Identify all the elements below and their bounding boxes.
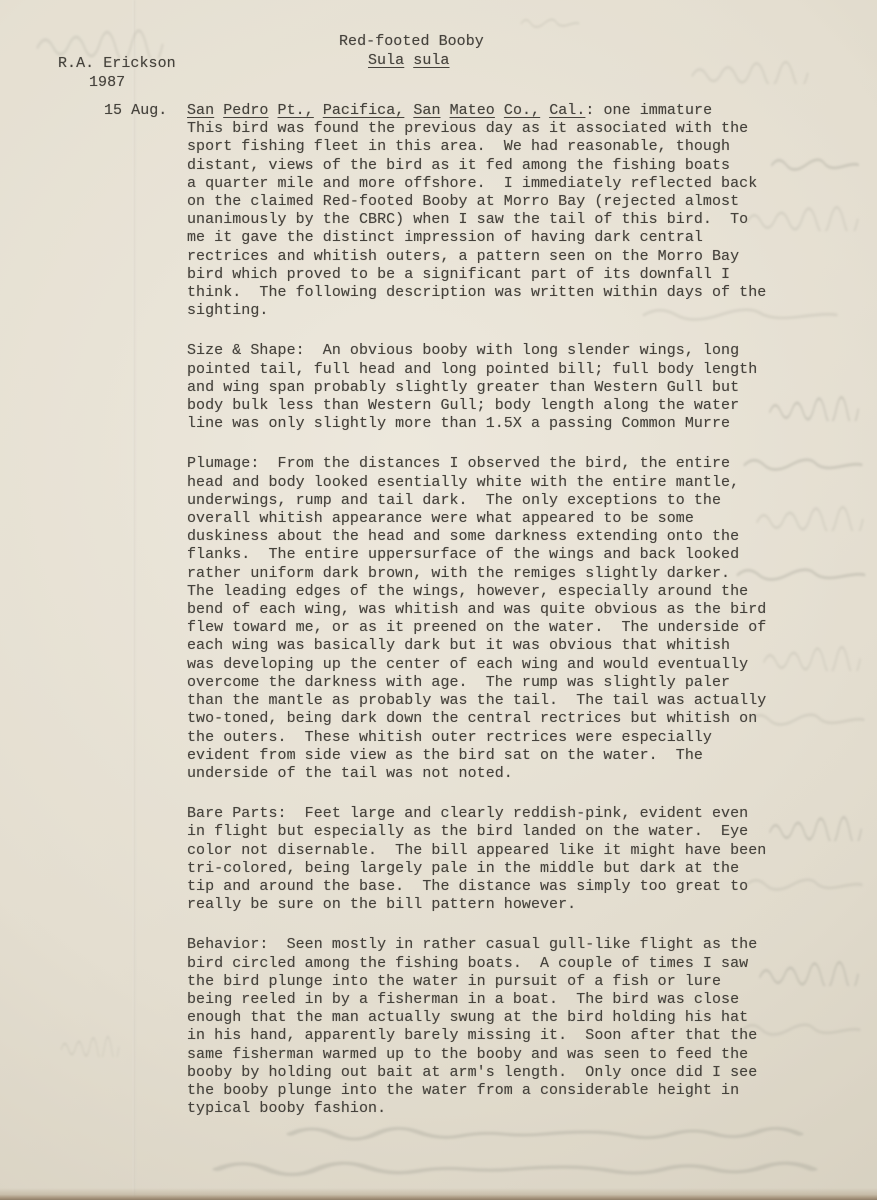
- text-line: in flight but especially as the bird lan…: [187, 823, 787, 841]
- text-line: tip and around the base. The distance wa…: [187, 878, 787, 896]
- text-line: being reeled in by a fisherman in a boat…: [187, 991, 787, 1009]
- species-name: Sula sula: [368, 52, 450, 70]
- text-line: The leading edges of the wings, however,…: [187, 583, 787, 601]
- text-line: each wing was basically dark but it was …: [187, 637, 787, 655]
- text-line: rather uniform dark brown, with the remi…: [187, 565, 787, 583]
- text-line: a quarter mile and more offshore. I imme…: [187, 175, 787, 193]
- location-heading-line: San Pedro Pt., Pacifica, San Mateo Co., …: [187, 102, 787, 120]
- paragraph: Plumage: From the distances I observed t…: [187, 455, 787, 783]
- text-line: same fisherman warmed up to the booby an…: [187, 1046, 787, 1064]
- text-line: This bird was found the previous day as …: [187, 120, 787, 138]
- text-line: me it gave the distinct impression of ha…: [187, 229, 787, 247]
- bleed-through-mark: [60, 1035, 120, 1057]
- text-line: really be sure on the bill pattern howev…: [187, 896, 787, 914]
- paragraph: San Pedro Pt., Pacifica, San Mateo Co., …: [187, 102, 787, 320]
- text-line: sport fishing fleet in this area. We had…: [187, 138, 787, 156]
- text-line: bend of each wing, was whitish and was q…: [187, 601, 787, 619]
- text-line: pointed tail, full head and long pointed…: [187, 361, 787, 379]
- bleed-through-mark: [520, 12, 580, 32]
- text-line: line was only slightly more than 1.5X a …: [187, 415, 787, 433]
- text-line: Bare Parts: Feet large and clearly reddi…: [187, 805, 787, 823]
- text-line: flew toward me, or as it preened on the …: [187, 619, 787, 637]
- bleed-through-mark: [205, 1152, 825, 1182]
- text-line: sighting.: [187, 302, 787, 320]
- text-line: the bird plunge into the water in pursui…: [187, 973, 787, 991]
- text-line: Size & Shape: An obvious booby with long…: [187, 342, 787, 360]
- body-text: San Pedro Pt., Pacifica, San Mateo Co., …: [187, 102, 787, 1118]
- text-line: overcome the darkness with age. The rump…: [187, 674, 787, 692]
- text-line: two-toned, being dark down the central r…: [187, 710, 787, 728]
- text-line: the booby plunge into the water from a c…: [187, 1082, 787, 1100]
- text-line: enough that the man actually swung at th…: [187, 1009, 787, 1027]
- text-line: rectrices and whitish outers, a pattern …: [187, 248, 787, 266]
- author-name: R.A. Erickson: [58, 55, 176, 73]
- text-line: was developing up the center of each win…: [187, 656, 787, 674]
- text-line: booby by holding out bait at arm's lengt…: [187, 1064, 787, 1082]
- bleed-through-mark: [35, 28, 165, 58]
- text-line: bird circled among the fishing boats. A …: [187, 955, 787, 973]
- text-line: unanimously by the CBRC) when I saw the …: [187, 211, 787, 229]
- text-line: overall whitish appearance were what app…: [187, 510, 787, 528]
- text-line: underwings, rump and tail dark. The only…: [187, 492, 787, 510]
- text-line: think. The following description was wri…: [187, 284, 787, 302]
- report-year: 1987: [89, 74, 125, 92]
- text-line: distant, views of the bird as it fed amo…: [187, 157, 787, 175]
- paragraph: Bare Parts: Feet large and clearly reddi…: [187, 805, 787, 914]
- paragraph: Behavior: Seen mostly in rather casual g…: [187, 936, 787, 1118]
- paragraph: Size & Shape: An obvious booby with long…: [187, 342, 787, 433]
- bleed-through-mark: [280, 1118, 810, 1146]
- text-line: body bulk less than Western Gull; body l…: [187, 397, 787, 415]
- entry-date: 15 Aug.: [104, 102, 167, 120]
- text-line: tri-colored, being largely pale in the m…: [187, 860, 787, 878]
- text-line: bird which proved to be a significant pa…: [187, 266, 787, 284]
- report-title: Red-footed Booby: [339, 33, 484, 51]
- text-line: flanks. The entire uppersurface of the w…: [187, 546, 787, 564]
- text-line: and wing span probably slightly greater …: [187, 379, 787, 397]
- text-line: duskiness about the head and some darkne…: [187, 528, 787, 546]
- text-line: on the claimed Red-footed Booby at Morro…: [187, 193, 787, 211]
- text-line: than the mantle as probably was the tail…: [187, 692, 787, 710]
- text-line: the outers. These whitish outer rectrice…: [187, 729, 787, 747]
- paper-crease: [133, 0, 136, 1200]
- scan-bottom-edge: [0, 1188, 877, 1200]
- scanned-document-page: { "document": { "title": "Red-footed Boo…: [0, 0, 877, 1200]
- text-line: head and body looked esentially white wi…: [187, 474, 787, 492]
- text-line: Plumage: From the distances I observed t…: [187, 455, 787, 473]
- text-line: typical booby fashion.: [187, 1100, 787, 1118]
- bleed-through-mark: [690, 60, 810, 84]
- text-line: color not disernable. The bill appeared …: [187, 842, 787, 860]
- text-line: underside of the tail was not noted.: [187, 765, 787, 783]
- text-line: evident from side view as the bird sat o…: [187, 747, 787, 765]
- text-line: Behavior: Seen mostly in rather casual g…: [187, 936, 787, 954]
- text-line: in his hand, apparently barely missing i…: [187, 1027, 787, 1045]
